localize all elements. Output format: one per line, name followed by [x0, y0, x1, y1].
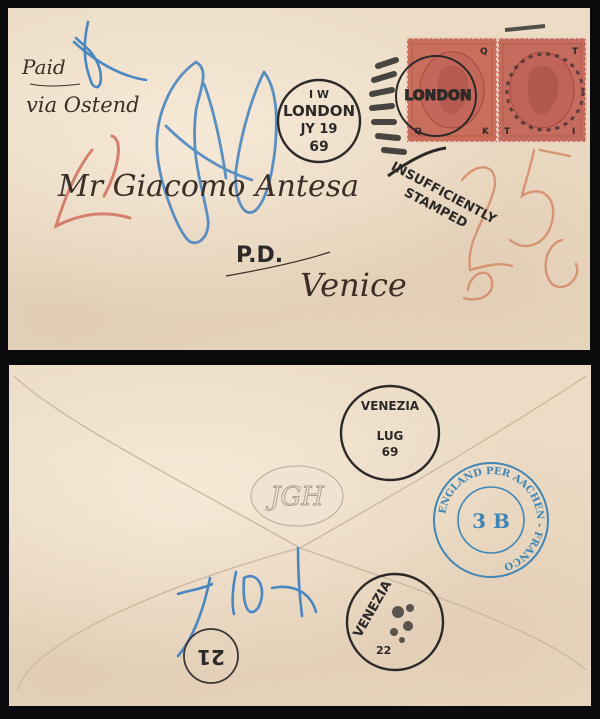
pd-mark: P.D.	[236, 243, 283, 268]
svg-text:Q: Q	[480, 47, 488, 57]
svg-text:LONDON: LONDON	[404, 88, 471, 104]
monogram-seal: JGH	[251, 466, 343, 526]
svg-text:T: T	[504, 127, 511, 137]
route-note-paid: Paid	[21, 55, 66, 79]
svg-text:21: 21	[197, 645, 225, 669]
cover-artwork: Paid via Ostend I W LONDON JY 19 69 Q Q …	[0, 0, 600, 719]
orange-manuscript-25	[462, 150, 577, 299]
svg-text:3 B: 3 B	[472, 509, 510, 533]
svg-text:22: 22	[376, 644, 391, 657]
svg-text:VENEZIA: VENEZIA	[361, 399, 420, 413]
venezia-cds-bottom: VENEZIA 22	[347, 574, 443, 670]
svg-text:I: I	[572, 127, 575, 137]
svg-text:JY 19: JY 19	[300, 122, 338, 137]
blue-manuscript-28	[157, 62, 276, 243]
svg-text:LUG: LUG	[377, 429, 404, 443]
underline	[30, 84, 80, 86]
svg-text:LONDON: LONDON	[283, 102, 355, 120]
svg-text:I W: I W	[309, 88, 329, 101]
venezia-cds-top: VENEZIA LUG 69	[341, 386, 439, 480]
svg-text:69: 69	[309, 139, 328, 155]
svg-text:K: K	[482, 127, 490, 137]
svg-text:VENEZIA: VENEZIA	[351, 578, 396, 640]
svg-text:69: 69	[382, 445, 399, 459]
route-note-ostend: via Ostend	[26, 93, 140, 117]
london-cds: I W LONDON JY 19 69	[278, 80, 360, 162]
insufficiently-stamped-mark: INSUFFICIENTLY STAMPED	[380, 159, 499, 242]
blue-manuscript-back	[178, 548, 316, 656]
blue-cross-mark	[74, 22, 146, 87]
exchange-cds-blue: 3 B ENGLAND PER AACHEN - FRANCO	[434, 463, 548, 577]
svg-text:JGH: JGH	[265, 482, 325, 512]
small-cds: 21	[184, 629, 238, 683]
address-line-city: Venice	[300, 266, 407, 304]
postage-stamp-2: T T I	[498, 38, 586, 142]
address-line-name: Mr Giacomo Antesa	[57, 169, 359, 204]
envelope-flap-lines	[14, 376, 586, 690]
svg-text:T: T	[572, 47, 579, 57]
